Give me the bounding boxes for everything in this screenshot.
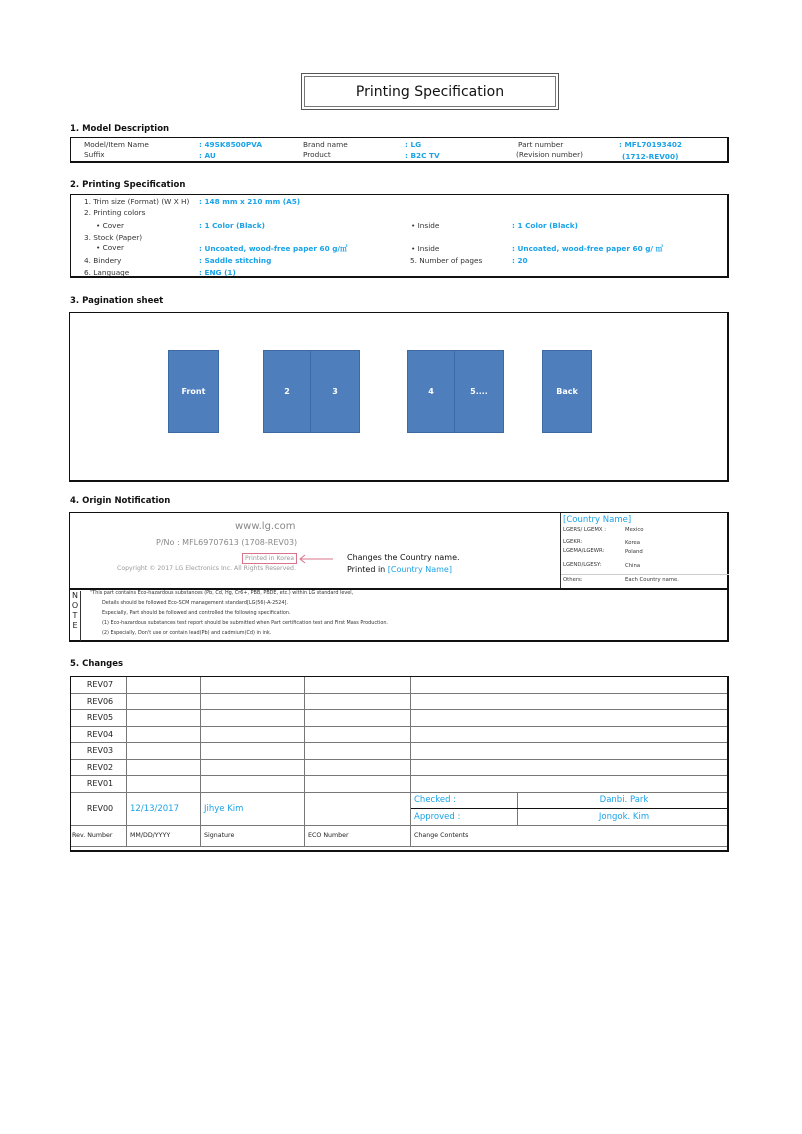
country-name: China	[625, 563, 640, 569]
country-name: Mexico	[625, 527, 644, 533]
section-printing-heading: 2. Printing Specification	[70, 180, 185, 190]
rev-number: REV04	[71, 726, 127, 743]
section-pagination-heading: 3. Pagination sheet	[70, 296, 163, 306]
product-label: Product	[303, 150, 331, 159]
language-value: : ENG (1)	[199, 268, 236, 277]
page-front: Front	[168, 350, 219, 433]
page-5: 5....	[454, 350, 504, 433]
brand-label: Brand name	[303, 140, 348, 149]
model-item-value: : 49SK8500PVA	[199, 140, 262, 149]
country-code: LGEMA/LGEWR:	[563, 548, 604, 554]
product-value: : B2C TV	[405, 151, 440, 160]
note-letter: N	[70, 591, 80, 601]
table-row: REV05	[71, 710, 728, 727]
page-back: Back	[542, 350, 592, 433]
stock-inside-value: : Uncoated, wood-free paper 60 g/ ㎡	[512, 244, 663, 254]
printing-specification-box: 1. Trim size (Format) (W X H) : 148 mm x…	[70, 194, 729, 278]
brand-value: : LG	[405, 140, 421, 149]
col-header-signature: Signature	[201, 825, 305, 846]
country-code: LGERS/ LGEMX :	[563, 527, 606, 533]
country-list-header: [Country Name]	[563, 515, 631, 525]
origin-label-sample: www.lg.com P/No : MFL69707613 (1708-REV0…	[70, 513, 560, 589]
inside-color-label: • Inside	[411, 221, 439, 230]
table-row: REV06	[71, 693, 728, 710]
country-name: Poland	[625, 549, 643, 555]
rev-number: REV06	[71, 693, 127, 710]
stock-label: 3. Stock (Paper)	[84, 233, 142, 242]
cover-color-value: : 1 Color (Black)	[199, 221, 265, 230]
table-row: REV03	[71, 743, 728, 760]
printing-colors-label: 2. Printing colors	[84, 208, 145, 217]
section-model-heading: 1. Model Description	[70, 124, 169, 134]
rev-number: REV02	[71, 759, 127, 776]
changes-table: REV07 REV06 REV05 REV04 REV03 REV02 REV0…	[70, 676, 728, 847]
rev-number: REV01	[71, 776, 127, 793]
rev-number: REV00	[71, 792, 127, 825]
inside-color-value: : 1 Color (Black)	[512, 221, 578, 230]
table-header-row: Rev. Number MM/DD/YYYY Signature ECO Num…	[71, 825, 728, 846]
printed-in-instruction: Printed in [Country Name]	[347, 565, 452, 574]
col-header-eco: ECO Number	[305, 825, 411, 846]
url-text: www.lg.com	[235, 521, 295, 532]
country-code: Others:	[563, 577, 583, 583]
table-row: REV02	[71, 759, 728, 776]
country-name-placeholder: [Country Name]	[388, 565, 452, 574]
approved-label: Approved :	[411, 809, 518, 826]
country-name: Each Country name.	[625, 577, 679, 583]
trim-size-value: : 148 mm x 210 mm (A5)	[199, 197, 300, 206]
bindery-value: : Saddle stitching	[199, 256, 271, 265]
stock-cover-value: : Uncoated, wood-free paper 60 g/㎡	[199, 244, 347, 254]
table-row: REV01	[71, 776, 728, 793]
copyright-text: Copyright © 2017 LG Electronics Inc. All…	[117, 565, 296, 572]
printed-in-korea-text: Printed in Korea	[242, 553, 297, 564]
table-row: REV07	[71, 677, 728, 694]
note-line: Details should be followed Eco-SCM manag…	[102, 600, 288, 606]
suffix-label: Suffix	[84, 150, 105, 159]
country-code: LGEKR:	[563, 539, 582, 545]
change-country-note: Changes the Country name.	[347, 553, 460, 562]
approved-value: Jongok. Kim	[518, 809, 728, 826]
change-signature: Jihye Kim	[201, 792, 305, 825]
page-2: 2	[263, 350, 311, 433]
rev-number: REV03	[71, 743, 127, 760]
checked-value: Danbi. Park	[518, 792, 728, 809]
note-line: (2) Especially, Don't use or contain lea…	[102, 630, 271, 636]
country-code: LGEND/LGESY:	[563, 562, 601, 568]
col-header-contents: Change Contents	[411, 825, 728, 846]
rev-number: REV05	[71, 710, 127, 727]
country-name: Korea	[625, 540, 640, 546]
page-4: 4	[407, 350, 455, 433]
checked-label: Checked :	[411, 792, 518, 809]
pages-value: : 20	[512, 256, 528, 265]
section-origin-heading: 4. Origin Notification	[70, 496, 170, 506]
page-3: 3	[310, 350, 360, 433]
arrow-left-icon	[297, 553, 333, 565]
part-number-value: : MFL70193402	[619, 140, 682, 149]
country-list: [Country Name] LGERS/ LGEMX : Mexico LGE…	[560, 513, 729, 589]
stock-inside-label: • Inside	[411, 244, 439, 253]
stock-cover-label: • Cover	[96, 243, 124, 252]
col-header-date: MM/DD/YYYY	[127, 825, 201, 846]
printed-in-prefix: Printed in	[347, 565, 388, 574]
col-header-rev-number: Rev. Number	[71, 825, 127, 846]
note-letter: O	[70, 601, 80, 611]
model-description-box: Model/Item Name : 49SK8500PVA Suffix : A…	[70, 137, 729, 163]
bindery-label: 4. Bindery	[84, 256, 121, 265]
note-letter: E	[70, 621, 80, 631]
pagination-sheet-box: Front 2 3 4 5.... Back	[69, 312, 729, 482]
origin-notification-box: www.lg.com P/No : MFL69707613 (1708-REV0…	[69, 512, 729, 642]
part-number-text: P/No : MFL69707613 (1708-REV03)	[156, 538, 297, 547]
table-row: REV04	[71, 726, 728, 743]
rev-number: REV07	[71, 677, 127, 694]
pages-label: 5. Number of pages	[410, 256, 482, 265]
suffix-value: : AU	[199, 151, 216, 160]
note-line: (1) Eco-hazardous substances test report…	[102, 620, 388, 626]
table-row: REV00 12/13/2017 Jihye Kim Checked : Dan…	[71, 792, 728, 809]
change-date: 12/13/2017	[127, 792, 201, 825]
revision-value: (1712-REV00)	[622, 152, 678, 161]
trim-size-label: 1. Trim size (Format) (W X H)	[84, 197, 189, 206]
document-title: Printing Specification	[301, 73, 559, 110]
note-label: N O T E	[70, 591, 81, 641]
section-changes-heading: 5. Changes	[70, 659, 123, 669]
part-number-label: Part number	[518, 140, 563, 149]
cover-color-label: • Cover	[96, 221, 124, 230]
note-line: Especially, Part should be followed and …	[102, 610, 291, 616]
eco-number	[305, 792, 411, 825]
model-item-label: Model/Item Name	[84, 140, 149, 149]
language-label: 6. Language	[84, 268, 129, 277]
note-line: "This part contains Eco-hazardous substa…	[90, 590, 353, 596]
revision-label: (Revision number)	[516, 150, 583, 159]
note-letter: T	[70, 611, 80, 621]
